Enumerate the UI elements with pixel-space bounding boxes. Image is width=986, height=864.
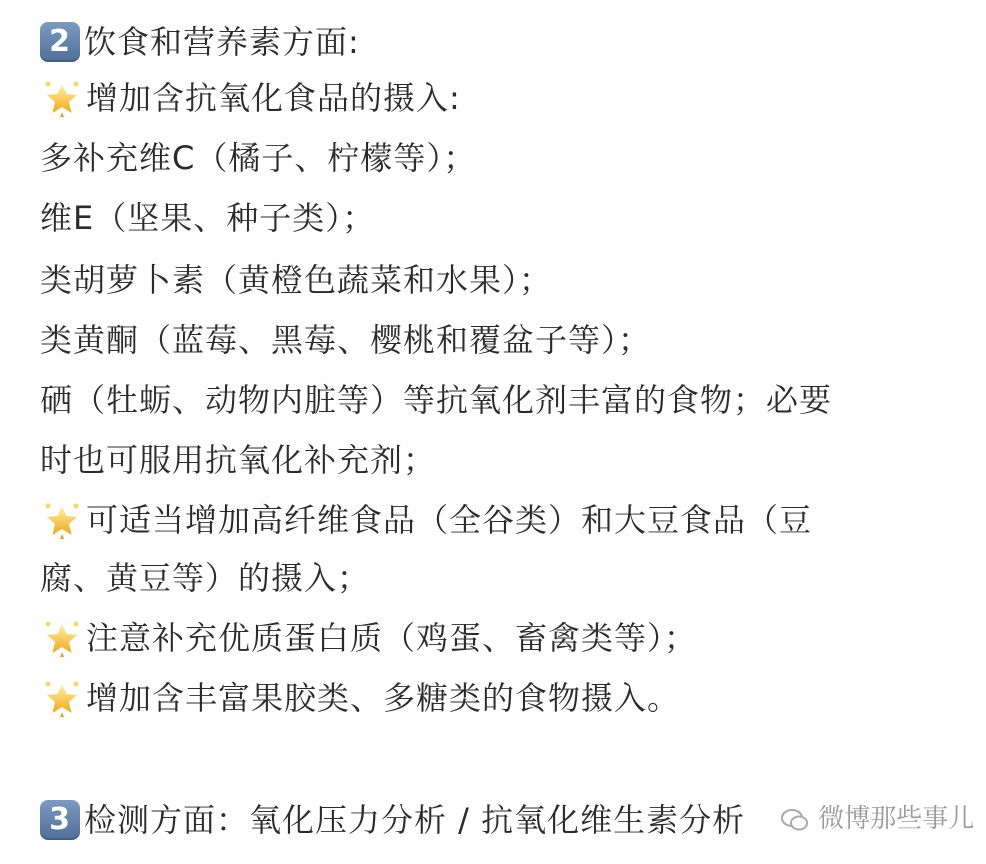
text-line: 硒（牡蛎、动物内脏等）等抗氧化剂丰富的食物；必要: [40, 380, 832, 420]
watermark-text: 微博那些事儿: [818, 804, 974, 834]
text-line: 腐、黄豆等）的摄入；: [40, 558, 370, 598]
glowing-star-icon: [40, 618, 84, 658]
bullet-item: 注意补充优质蛋白质（鸡蛋、畜禽类等）；: [40, 618, 697, 658]
text-line: 维E（坚果、种子类）；: [40, 198, 375, 238]
wechat-icon: [780, 805, 810, 835]
line-text: 注意补充优质蛋白质（鸡蛋、畜禽类等）；: [86, 619, 697, 657]
line-text: 硒（牡蛎、动物内脏等）等抗氧化剂丰富的食物；必要: [40, 381, 832, 419]
line-text: 腐、黄豆等）的摄入；: [40, 559, 370, 597]
text-line: 时也可服用抗氧化补充剂；: [40, 440, 436, 480]
glowing-star-icon: [40, 500, 84, 540]
line-text: 检测方面：氧化压力分析 / 抗氧化维生素分析: [84, 801, 745, 839]
number-badge-icon: 2: [40, 22, 80, 62]
bullet-item: 可适当增加高纤维食品（全谷类）和大豆食品（豆: [40, 500, 812, 540]
line-text: 可适当增加高纤维食品（全谷类）和大豆食品（豆: [86, 501, 812, 539]
line-text: 增加含抗氧化食品的摄入:: [86, 79, 461, 117]
line-text: 类黄酮（蓝莓、黑莓、樱桃和覆盆子等）；: [40, 321, 651, 359]
number-badge-icon: 3: [40, 800, 80, 840]
section-heading: 2饮食和营养素方面:: [40, 22, 360, 62]
bullet-item: 增加含抗氧化食品的摄入:: [40, 78, 461, 118]
text-line: 多补充维C（橘子、柠檬等）；: [40, 138, 476, 178]
bullet-item: 增加含丰富果胶类、多糖类的食物摄入。: [40, 678, 680, 718]
glowing-star-icon: [40, 78, 84, 118]
text-line: 类胡萝卜素（黄橙色蔬菜和水果）；: [40, 260, 552, 300]
glowing-star-icon: [40, 678, 84, 718]
section-heading: 3检测方面：氧化压力分析 / 抗氧化维生素分析: [40, 800, 745, 840]
line-text: 饮食和营养素方面:: [84, 23, 360, 61]
watermark: 微博那些事儿: [780, 798, 974, 835]
line-text: 时也可服用抗氧化补充剂；: [40, 441, 436, 479]
line-text: 类胡萝卜素（黄橙色蔬菜和水果）；: [40, 261, 552, 299]
text-line: 类黄酮（蓝莓、黑莓、樱桃和覆盆子等）；: [40, 320, 651, 360]
line-text: 维E（坚果、种子类）；: [40, 199, 375, 237]
line-text: 增加含丰富果胶类、多糖类的食物摄入。: [86, 679, 680, 717]
line-text: 多补充维C（橘子、柠檬等）；: [40, 139, 476, 177]
